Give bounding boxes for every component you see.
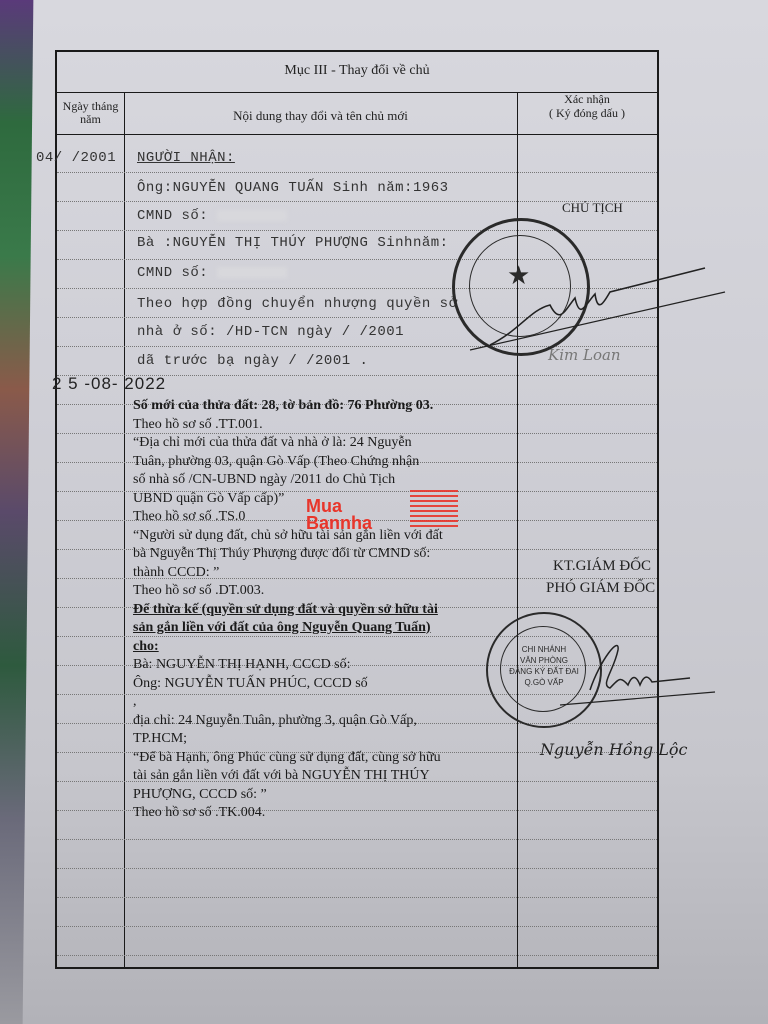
redacted-value	[217, 210, 287, 221]
entry1-line-text: CMND số:	[137, 265, 208, 281]
entry2-line: thành CCCD: ”	[133, 565, 219, 581]
confirm-sublabel: ( Ký đóng dấu )	[517, 106, 657, 120]
signature-icon	[540, 630, 720, 710]
entry1-signer-title: CHỦ TỊCH	[562, 200, 623, 216]
table-rule	[124, 92, 125, 967]
ruled-line	[57, 955, 657, 956]
entry2-line: Theo hồ sơ số .TK.004.	[133, 805, 265, 821]
entry2-line: số nhà số /CN-UBND ngày /2011 do Chủ Tịc…	[133, 472, 395, 488]
redacted-value	[217, 267, 287, 278]
column-header-content: Nội dung thay đổi và tên chủ mới	[124, 108, 517, 124]
ruled-line	[57, 839, 657, 840]
entry2-line: bà Nguyễn Thị Thúy Phượng được đổi từ CM…	[133, 546, 430, 562]
entry1-date: 04/ /2001	[36, 150, 116, 166]
ruled-line	[57, 172, 657, 173]
table-rule	[57, 134, 657, 135]
confirm-label: Xác nhận	[517, 92, 657, 106]
entry2-line: Bà: NGUYỄN THỊ HẠNH, CCCD số:	[133, 657, 351, 673]
section-title: Mục III - Thay đổi về chủ	[57, 63, 657, 79]
ruled-line	[57, 433, 657, 434]
entry2-signer-title: KT.GIÁM ĐỐC	[553, 558, 651, 575]
entry2-line: Theo hồ sơ số .DT.003.	[133, 583, 264, 599]
entry2-line: Theo hồ sơ số .TS.0	[133, 509, 245, 525]
entry2-line: Để thừa kế (quyền sử dụng đất và quyền s…	[133, 602, 438, 618]
ruled-line	[57, 897, 657, 898]
ruled-line	[57, 926, 657, 927]
entry2-line: cho:	[133, 639, 159, 655]
entry1-line: nhà ở số: /HD-TCN ngày / /2001	[137, 324, 404, 340]
entry2-line: Số mới của thửa đất: 28, tờ bản đồ: 76 P…	[133, 398, 433, 414]
entry2-line: “Người sử dụng đất, chủ sở hữu tài sản g…	[133, 528, 443, 544]
entry2-line: PHƯỢNG, CCCD số: ”	[133, 787, 267, 803]
entry2-line: “Địa chỉ mới của thửa đất và nhà ở là: 2…	[133, 435, 412, 451]
ruled-line	[57, 230, 657, 231]
entry2-signer-subtitle: PHÓ GIÁM ĐỐC	[546, 580, 655, 597]
entry2-line: UBND quận Gò Vấp cấp)”	[133, 491, 284, 507]
entry2-line: ,	[133, 694, 137, 710]
watermark-logo: Mua Bannha	[306, 498, 372, 532]
entry2-line: Theo hồ sơ số .TT.001.	[133, 417, 263, 433]
entry2-line: tài sản gắn liền với đất với bà NGUYỄN T…	[133, 768, 430, 784]
entry1-line: CMND số:	[137, 265, 287, 281]
entry1-line: Bà :NGUYỄN THỊ THÚY PHƯỢNG Sinhnăm:	[137, 235, 449, 251]
entry1-line: CMND số:	[137, 208, 287, 224]
entry1-line: Theo hợp đồng chuyển nhượng quyền sở	[137, 296, 457, 312]
entry1-signer-name: Kim Loan	[548, 346, 621, 364]
entry1-line-text: CMND số:	[137, 208, 208, 224]
entry2-line: Tuân, phường 03, quận Gò Vấp (Theo Chứng…	[133, 454, 419, 470]
entry1-line: Ông:NGUYỄN QUANG TUẤN Sinh năm:1963	[137, 180, 449, 196]
entry2-date: 2 5 -08- 2022	[52, 374, 166, 394]
entry2-line: sản gắn liền với đất của ông Nguyễn Quan…	[133, 620, 431, 636]
watermark-text: Bannha	[306, 515, 372, 532]
entry2-line: địa chỉ: 24 Nguyễn Tuân, phường 3, quận …	[133, 713, 417, 729]
column-header-confirm: Xác nhận ( Ký đóng dấu )	[517, 92, 657, 120]
entry1-line: dã trước bạ ngày / /2001 .	[137, 353, 368, 369]
entry2-line: Ông: NGUYỄN TUẤN PHÚC, CCCD số	[133, 676, 368, 692]
ruled-line	[57, 868, 657, 869]
entry2-signer-name: Nguyễn Hồng Lộc	[540, 740, 687, 759]
column-header-date: Ngày tháng năm	[57, 100, 124, 126]
entry2-line: TP.HCM;	[133, 731, 187, 747]
entry2-line: “Để bà Hạnh, ông Phúc cùng sử dụng đất, …	[133, 750, 441, 766]
entry1-line: NGƯỜI NHẬN:	[137, 150, 235, 166]
building-icon	[410, 490, 458, 530]
